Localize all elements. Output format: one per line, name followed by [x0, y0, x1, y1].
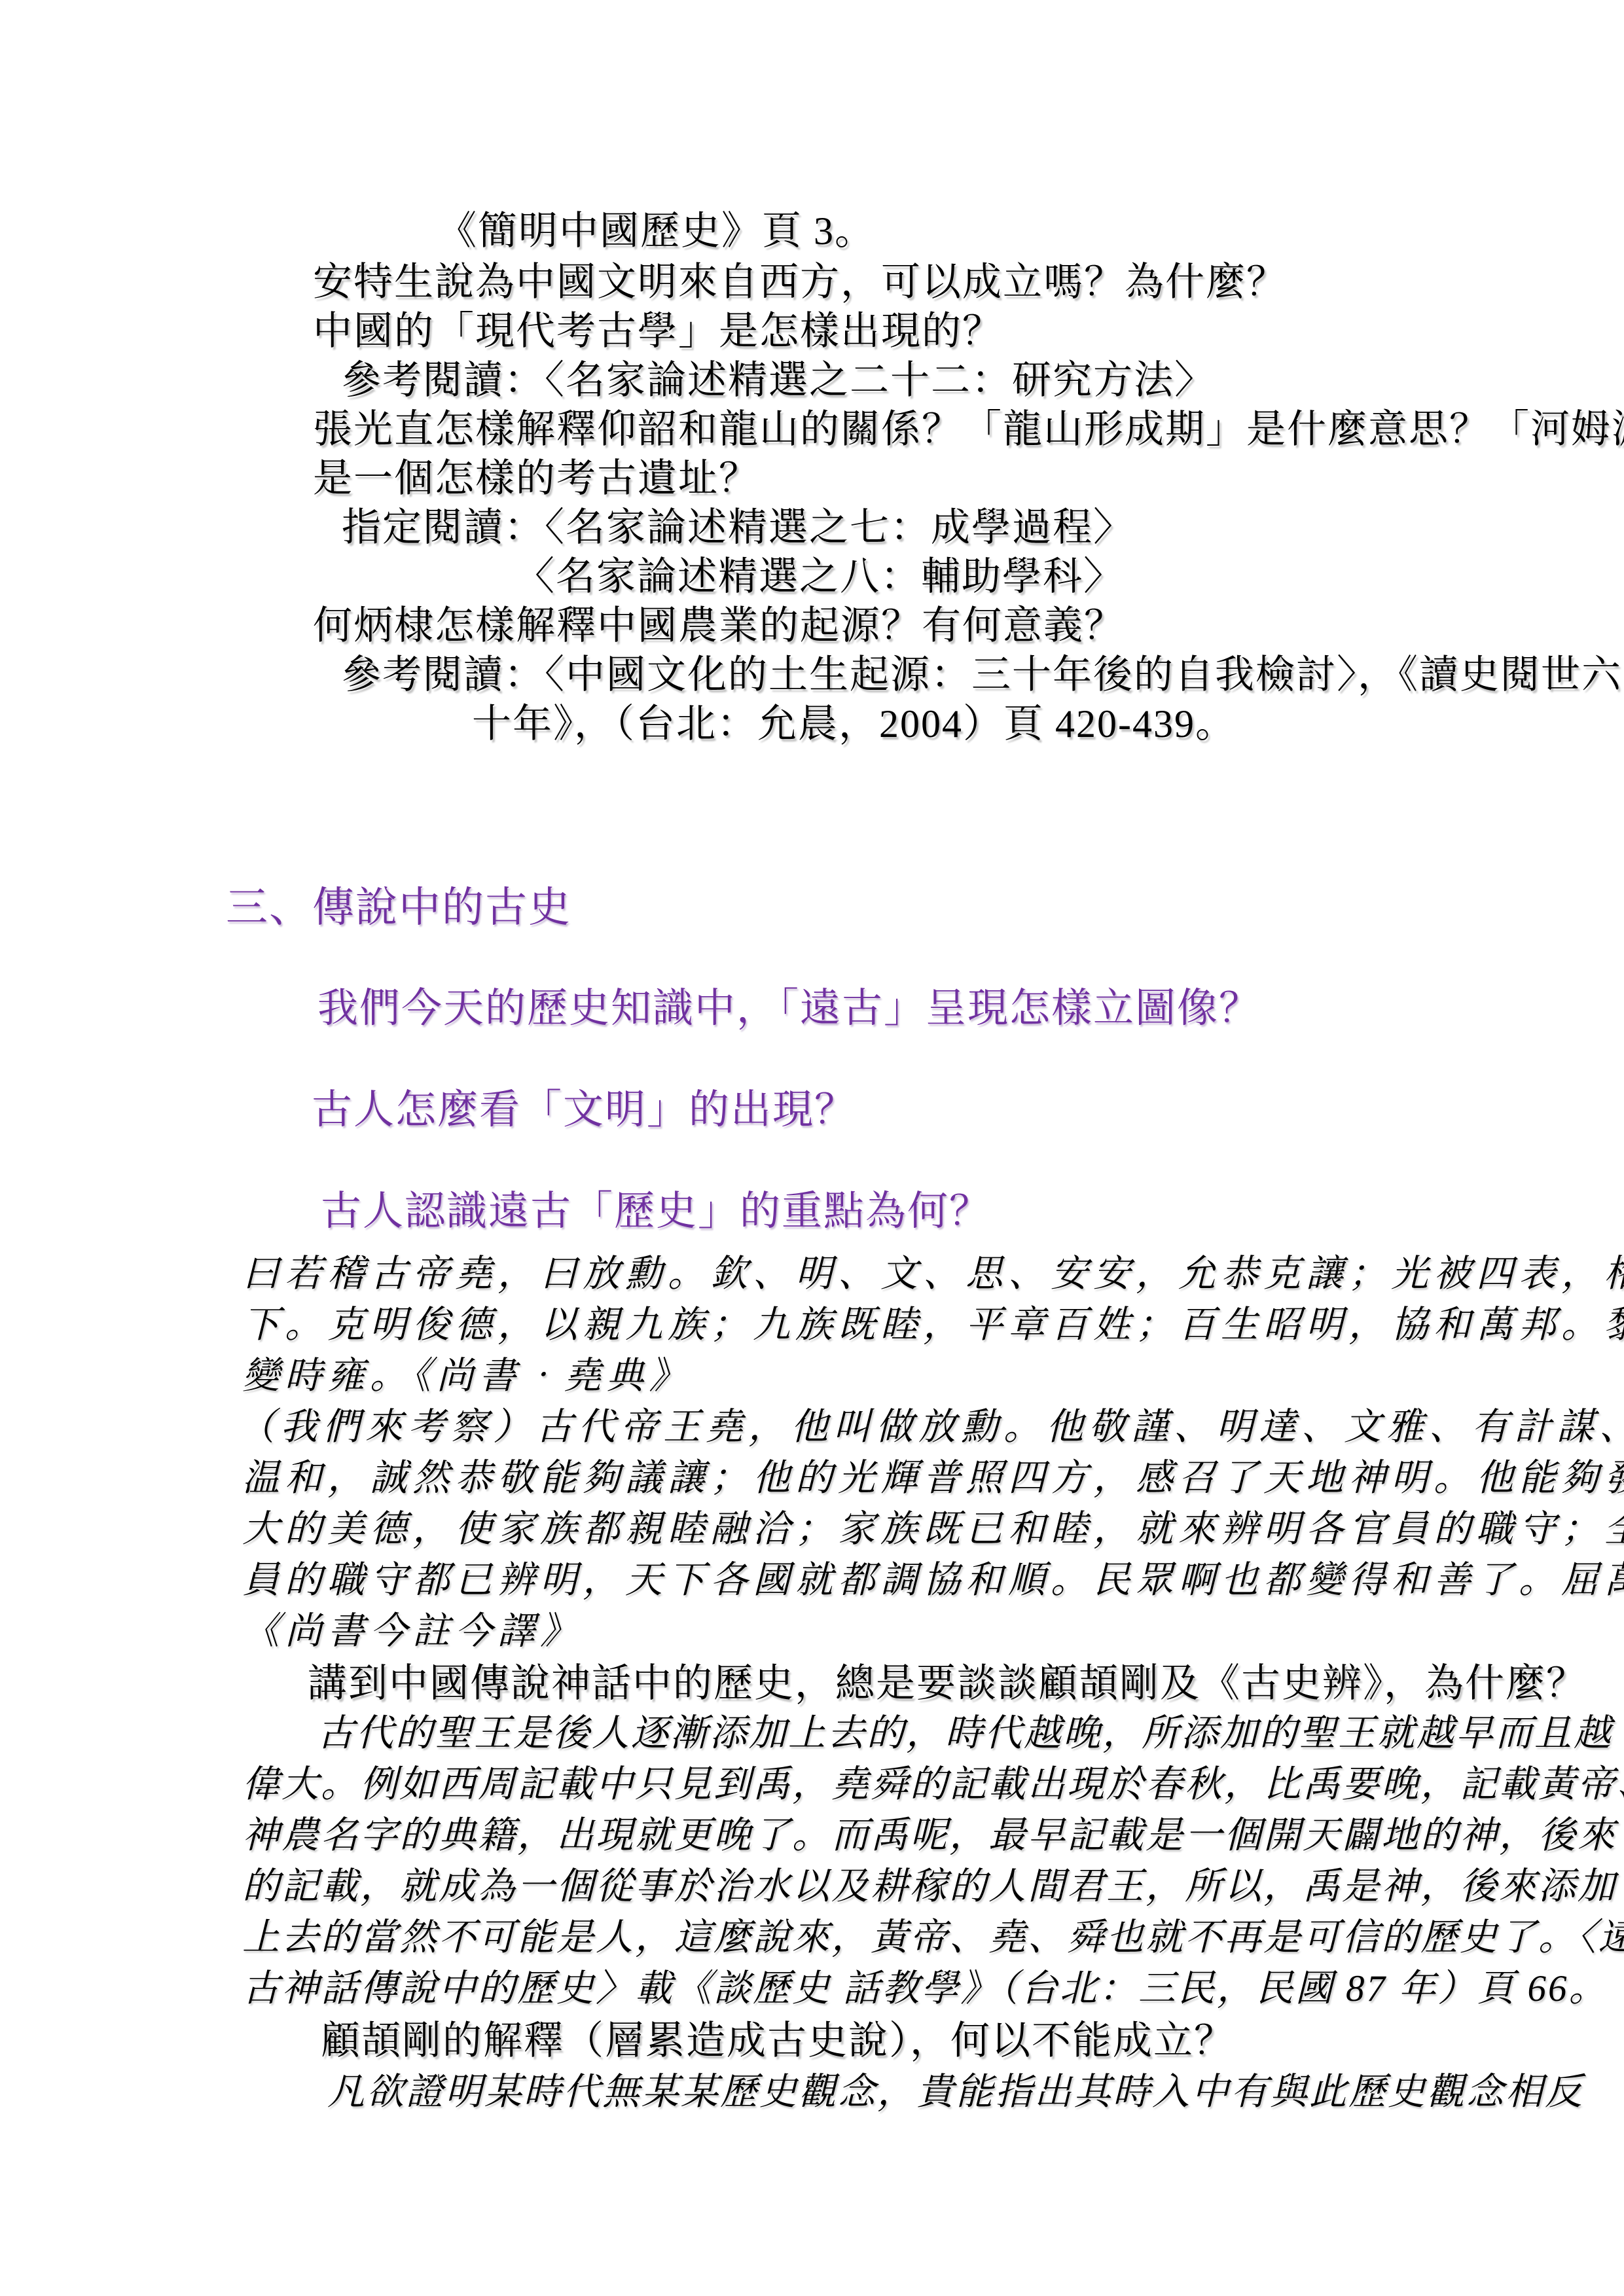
reference-ho-1: 參考閱讀：〈中國文化的土生起源：三十年後的自我檢討〉，《讀史閱世六 [342, 643, 1622, 700]
gushibian-quote-6: 古神話傳說中的歷史〉載《談歷史 話教學》（台北：三民，民國 87 年）頁 66。 [242, 1958, 1608, 2012]
gushibian-quote-1: 古代的聖王是後人逐漸添加上去的，時代越晚，所添加的聖王就越早而且越 [317, 1703, 1613, 1757]
gushibian-intro: 講到中國傳說神話中的歷史，總是要談談顧頡剛及《古史辨》，為什麼？ [308, 1652, 1587, 1708]
guiding-question-2: 古人怎麼看「文明」的出現？ [312, 1077, 856, 1135]
quote-translation-3: 大的美德，使家族都親睦融洽；家族既已和睦，就來辨明各官員的職守；全體官 [242, 1499, 1624, 1552]
reference-methods: 參考閱讀：〈名家論述精選之二十二：研究方法〉 [342, 349, 1215, 405]
question-andersson: 安特生說為中國文明來自西方，可以成立嗎？為什麼？ [313, 251, 1287, 307]
quote-shangshu-1: 曰若稽古帝堯，曰放勳。欽、明、文、思、安安，允恭克讓；光被四表，格于上 [242, 1244, 1624, 1297]
quote-source: 《尚書今註今譯》 [242, 1601, 583, 1655]
quote-translation-1: （我們來考察）古代帝王堯，他叫做放勳。他敬謹、明達、文雅、有計謀、而又 [238, 1397, 1624, 1450]
handout-page: 《簡明中國歷史》頁 3。 安特生說為中國文明來自西方，可以成立嗎？為什麼？ 中國… [0, 0, 1624, 2296]
quote-translation-2: 温和，誠然恭敬能夠議讓；他的光輝普照四方，感召了天地神明。他能夠發揚偉 [242, 1448, 1624, 1501]
guiding-question-3: 古人認識遠古「歷史」的重點為何？ [321, 1178, 991, 1236]
assigned-reading-2: 〈名家論述精選之八：輔助學科〉 [515, 545, 1124, 601]
section-heading: 三、傳說中的古史 [226, 874, 571, 934]
citation-line: 《簡明中國歷史》頁 3。 [437, 200, 875, 256]
quote-translation-4: 員的職守都已辨明，天下各國就都調協和順。民眾啊也都變得和善了。屈萬里， [242, 1550, 1624, 1604]
gushibian-question: 顧頡剛的解釋（層累造成古史說），何以不能成立？ [321, 2009, 1235, 2066]
gushibian-quote-2: 偉大。例如西周記載中只見到禹，堯舜的記載出現於春秋，比禹要晚，記載黃帝、 [242, 1754, 1624, 1808]
question-archaeology: 中國的「現代考古學」是怎樣出現的？ [313, 300, 1003, 356]
gushibian-quote-5: 上去的當然不可能是人，這麼說來，黃帝、堯、舜也就不再是可信的歷史了。〈遠 [242, 1907, 1624, 1961]
question-hopingti: 何炳棣怎樣解釋中國農業的起源？有何意義？ [313, 594, 1125, 651]
guiding-question-1: 我們今天的歷史知識中，「遠古」呈現怎樣立圖像？ [317, 975, 1261, 1033]
gushibian-quote-3: 神農名字的典籍，出現就更晚了。而禹呢，最早記載是一個開天闢地的神，後來 [242, 1805, 1617, 1859]
question-changkc-1: 張光直怎樣解釋仰韶和龍山的關係？「龍山形成期」是什麼意思？「河姆渡」 [313, 398, 1624, 454]
gushibian-quote-4: 的記載，就成為一個從事於治水以及耕稼的人間君王，所以，禹是神，後來添加 [242, 1856, 1617, 1910]
quote-shangshu-2: 下。克明俊德，以親九族；九族既睦，平章百姓；百生昭明，協和萬邦。黎民於 [242, 1295, 1624, 1348]
gushibian-rebuttal: 凡欲證明某時代無某某歷史觀念，貴能指出其時入中有與此歷史觀念相反 [327, 2062, 1584, 2115]
quote-shangshu-3: 變時雍。《尚書‧堯典》 [242, 1346, 692, 1399]
question-changkc-2: 是一個怎樣的考古遺址？ [313, 447, 759, 503]
assigned-reading-1: 指定閱讀：〈名家論述精選之七：成學過程〉 [342, 496, 1134, 552]
reference-ho-2: 十年》，（台北：允晨，2004）頁 420-439。 [472, 692, 1236, 749]
